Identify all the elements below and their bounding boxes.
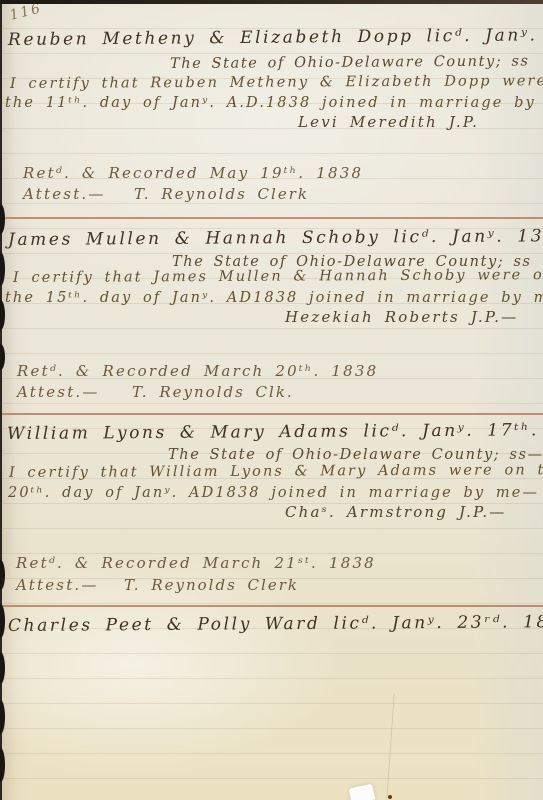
entry-2-officiant-signature: Hezekiah Roberts J.P.— [285, 308, 518, 326]
entry-1-clerk-signature: T. Reynolds Clerk [134, 185, 309, 203]
entry-2-attest-label: Attest.— [17, 383, 100, 401]
entry-2-clerk-signature: T. Reynolds Clk. [132, 383, 294, 401]
entry-3-jurisdiction: The State of Ohio-Delaware County; ss— [168, 447, 543, 463]
entry-3-attest-label: Attest.— [16, 576, 99, 594]
entry-2-recorded-line: Retᵈ. & Recorded March 20ᵗʰ. 1838 [17, 362, 378, 380]
entry-3-certify-line: I certify that William Lyons & Mary Adam… [9, 462, 543, 481]
entry-1-officiant-signature: Levi Meredith J.P. [298, 113, 479, 131]
entry-separator-rule [2, 605, 543, 607]
entry-1-certify-line: I certify that Reuben Metheny & Elizabet… [10, 73, 543, 92]
entry-1-certify-line: the 11ᵗʰ. day of Janʸ. A.D.1838 joined i… [5, 95, 543, 111]
entry-separator-rule [2, 217, 543, 219]
entry-2-certify-line: the 15ᵗʰ. day of Janʸ. AD1838 joined in … [5, 290, 543, 306]
entry-3-clerk-signature: T. Reynolds Clerk [124, 576, 299, 594]
entry-3-recorded-line: Retᵈ. & Recorded March 21ˢᵗ. 1838 [16, 554, 376, 572]
ledger-scan: 116 Reuben Metheny & Elizabeth Dopp licᵈ… [0, 0, 543, 800]
scan-top-edge [0, 0, 543, 4]
ink-spot [388, 795, 392, 799]
entry-3-header: William Lyons & Mary Adams licᵈ. Janʸ. 1… [7, 420, 543, 444]
entry-3-officiant-signature: Chaˢ. Armstrong J.P.— [285, 503, 507, 521]
entry-1-recorded-line: Retᵈ. & Recorded May 19ᵗʰ. 1838 [23, 164, 363, 182]
entry-2-certify-line: I certify that James Mullen & Hannah Sch… [13, 267, 543, 286]
entry-1-jurisdiction: The State of Ohio-Delaware County; ss [170, 53, 530, 72]
ledger-page: 116 Reuben Metheny & Elizabeth Dopp licᵈ… [2, 4, 543, 800]
entry-separator-rule [2, 413, 543, 415]
entry-2-header: James Mullen & Hannah Schoby licᵈ. Janʸ.… [8, 226, 543, 250]
entry-4-header: Charles Peet & Polly Ward licᵈ. Janʸ. 23… [8, 612, 543, 636]
entry-1-attest-label: Attest.— [23, 185, 106, 203]
entry-3-certify-line: 20ᵗʰ. day of Janʸ. AD1838 joined in marr… [8, 485, 539, 501]
